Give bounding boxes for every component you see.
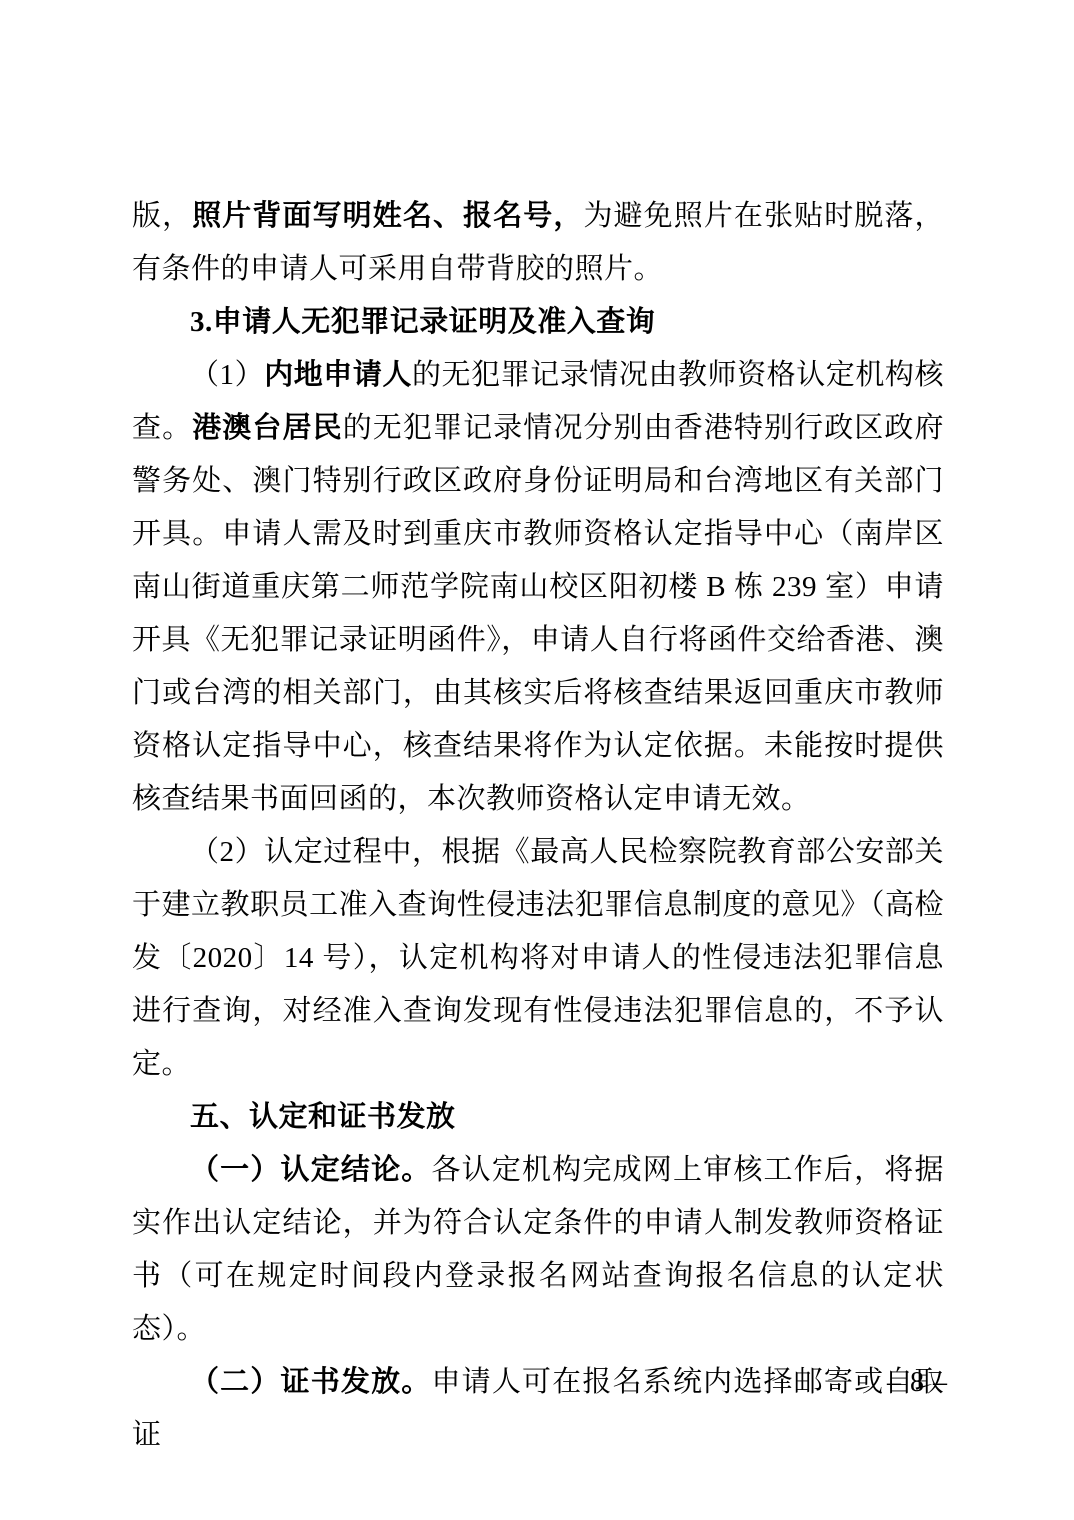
text-run-bold: （一）认定结论。 xyxy=(190,1154,432,1186)
text-run: 版， xyxy=(132,200,192,232)
text-run: （2）认定过程中，根据《最高人民检察院教育部公安部关于建立教职员工准入查询性侵违… xyxy=(132,836,944,1080)
text-run-bold: 3.申请人无犯罪记录证明及准入查询 xyxy=(190,306,655,338)
heading-certification-and-certificate-issuance: 五、认定和证书发放 xyxy=(132,1091,944,1144)
text-run: （1） xyxy=(190,359,264,391)
text-run-bold: 五、认定和证书发放 xyxy=(190,1101,456,1133)
paragraph-photo-instructions-continued: 版，照片背面写明姓名、报名号，为避免照片在张贴时脱落，有条件的申请人可采用自带背… xyxy=(132,190,944,296)
document-page: 版，照片背面写明姓名、报名号，为避免照片在张贴时脱落，有条件的申请人可采用自带背… xyxy=(0,0,1074,1520)
text-run-bold: 照片背面写明姓名、报名号， xyxy=(192,200,583,232)
paragraph-certification-conclusion: （一）认定结论。各认定机构完成网上审核工作后，将据实作出认定结论，并为符合认定条… xyxy=(132,1144,944,1356)
heading-no-crime-record-certificate: 3.申请人无犯罪记录证明及准入查询 xyxy=(132,296,944,349)
text-run: 的无犯罪记录情况分别由香港特别行政区政府警务处、澳门特别行政区政府身份证明局和台… xyxy=(132,412,944,815)
page-number: – 8 – xyxy=(887,1367,948,1398)
paragraph-no-crime-record-check: （1）内地申请人的无犯罪记录情况由教师资格认定机构核查。港澳台居民的无犯罪记录情… xyxy=(132,349,944,826)
page-footer: – 8 – xyxy=(0,1363,948,1403)
paragraph-admission-inquiry: （2）认定过程中，根据《最高人民检察院教育部公安部关于建立教职员工准入查询性侵违… xyxy=(132,826,944,1091)
text-run-bold: 内地申请人 xyxy=(264,359,412,391)
document-body: 版，照片背面写明姓名、报名号，为避免照片在张贴时脱落，有条件的申请人可采用自带背… xyxy=(132,190,944,1462)
text-run-bold: 港澳台居民 xyxy=(192,412,342,444)
